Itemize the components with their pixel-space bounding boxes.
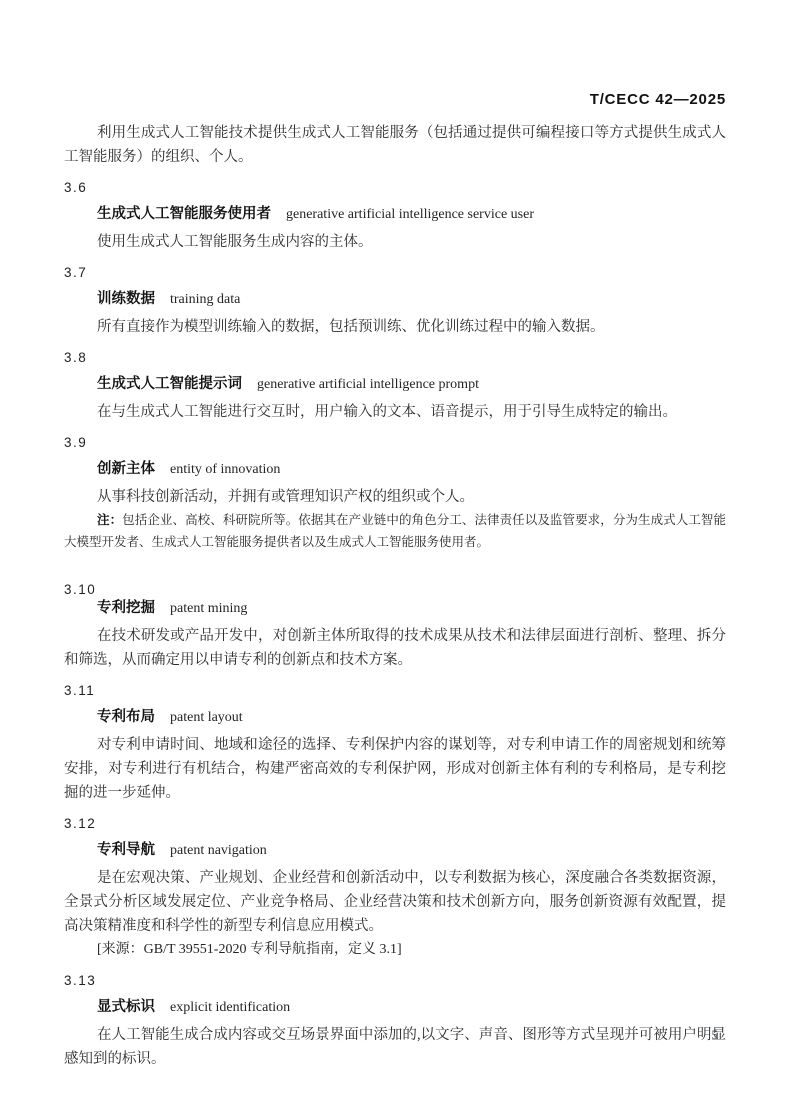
- term-english: patent mining: [170, 601, 247, 616]
- term-english: patent navigation: [170, 843, 267, 858]
- term-section-3-9: 3.9 创新主体 entity of innovation 从事科技创新活动，并…: [64, 433, 726, 553]
- term-chinese: 专利布局: [97, 709, 155, 725]
- clause-number: 3.8: [64, 348, 726, 368]
- term-english: patent layout: [170, 710, 243, 725]
- term-section-3-10: 3.10 专利挖掘 patent mining 在技术研发或产品开发中，对创新主…: [64, 580, 726, 672]
- term-english: explicit identification: [170, 1000, 290, 1015]
- term-definition: 从事科技创新活动，并拥有或管理知识产权的组织或个人。: [64, 485, 726, 509]
- term-heading: 生成式人工智能提示词 generative artificial intelli…: [97, 372, 726, 397]
- clause-number: 3.6: [64, 178, 726, 198]
- term-heading: 专利布局 patent layout: [97, 705, 726, 730]
- term-section-3-6: 3.6 生成式人工智能服务使用者 generative artificial i…: [64, 178, 726, 254]
- term-heading: 专利挖掘 patent mining: [97, 596, 726, 621]
- term-section-3-13: 3.13 显式标识 explicit identification 在人工智能生…: [64, 971, 726, 1071]
- term-chinese: 显式标识: [97, 999, 155, 1015]
- term-definition: 所有直接作为模型训练输入的数据，包括预训练、优化训练过程中的输入数据。: [64, 315, 726, 339]
- term-chinese: 专利导航: [97, 842, 155, 858]
- term-definition: 在人工智能生成合成内容或交互场景界面中添加的,以文字、声音、图形等方式呈现并可被…: [64, 1023, 726, 1071]
- term-definition: 使用生成式人工智能服务生成内容的主体。: [64, 230, 726, 254]
- term-definition: 对专利申请时间、地域和途径的选择、专利保护内容的谋划等，对专利申请工作的周密规划…: [64, 733, 726, 805]
- term-chinese: 创新主体: [97, 461, 155, 477]
- note-text: 包括企业、高校、科研院所等。依据其在产业链中的角色分工、法律责任以及监管要求，分…: [64, 513, 726, 549]
- note-label: 注：: [97, 513, 122, 527]
- doc-code-header: T/CECC 42—2025: [64, 92, 726, 108]
- term-note: 注：包括企业、高校、科研院所等。依据其在产业链中的角色分工、法律责任以及监管要求…: [64, 509, 726, 553]
- term-source-reference: [来源：GB/T 39551-2020 专利导航指南，定义 3.1]: [64, 938, 726, 962]
- clause-number: 3.7: [64, 263, 726, 283]
- term-heading: 专利导航 patent navigation: [97, 838, 726, 863]
- intro-paragraph: 利用生成式人工智能技术提供生成式人工智能服务（包括通过提供可编程接口等方式提供生…: [64, 121, 726, 169]
- term-definition: 是在宏观决策、产业规划、企业经营和创新活动中，以专利数据为核心，深度融合各类数据…: [64, 866, 726, 938]
- term-section-3-8: 3.8 生成式人工智能提示词 generative artificial int…: [64, 348, 726, 424]
- clause-number: 3.13: [64, 971, 726, 991]
- term-heading: 训练数据 training data: [97, 287, 726, 312]
- term-chinese: 生成式人工智能提示词: [97, 376, 242, 392]
- term-chinese: 专利挖掘: [97, 600, 155, 616]
- clause-number: 3.11: [64, 681, 726, 701]
- term-section-3-12: 3.12 专利导航 patent navigation 是在宏观决策、产业规划、…: [64, 814, 726, 962]
- term-heading: 显式标识 explicit identification: [97, 995, 726, 1020]
- term-english: training data: [170, 292, 240, 307]
- term-english: generative artificial intelligence promp…: [257, 377, 479, 392]
- page-number: 5: [712, 1026, 719, 1044]
- term-section-3-7: 3.7 训练数据 training data 所有直接作为模型训练输入的数据，包…: [64, 263, 726, 339]
- term-section-3-11: 3.11 专利布局 patent layout 对专利申请时间、地域和途径的选择…: [64, 681, 726, 805]
- term-english: generative artificial intelligence servi…: [286, 207, 534, 222]
- document-page: T/CECC 42—2025 利用生成式人工智能技术提供生成式人工智能服务（包括…: [0, 0, 790, 1118]
- term-chinese: 训练数据: [97, 291, 155, 307]
- term-heading: 生成式人工智能服务使用者 generative artificial intel…: [97, 202, 726, 227]
- term-heading: 创新主体 entity of innovation: [97, 457, 726, 482]
- clause-number: 3.12: [64, 814, 726, 834]
- term-english: entity of innovation: [170, 462, 280, 477]
- clause-number: 3.9: [64, 433, 726, 453]
- term-definition: 在技术研发或产品开发中，对创新主体所取得的技术成果从技术和法律层面进行剖析、整理…: [64, 624, 726, 672]
- term-chinese: 生成式人工智能服务使用者: [97, 206, 271, 222]
- term-definition: 在与生成式人工智能进行交互时，用户输入的文本、语音提示，用于引导生成特定的输出。: [64, 400, 726, 424]
